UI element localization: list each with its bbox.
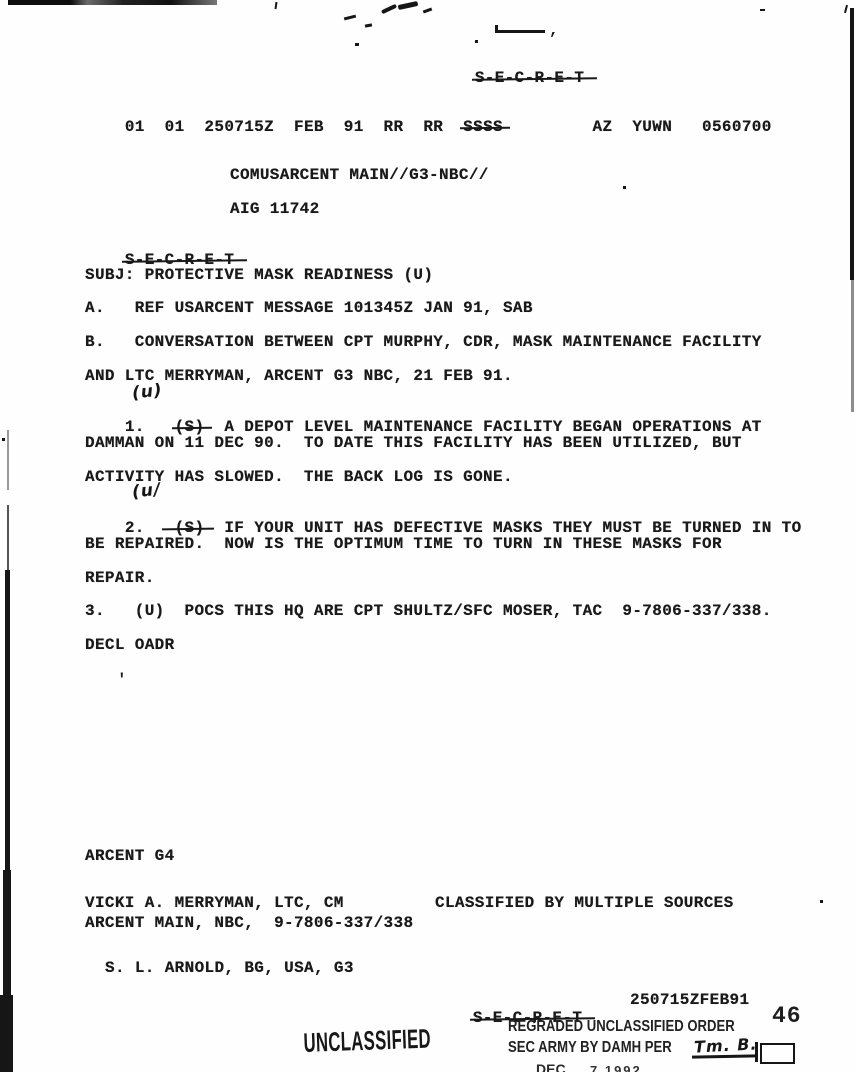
reference-a: A. REF USARCENT MESSAGE 101345Z JAN 91, … xyxy=(85,300,533,318)
scan-speck xyxy=(275,2,278,9)
scan-artifact-left-edge-1 xyxy=(7,430,9,490)
unclassified-stamp: UNCLASSIFIED xyxy=(303,1024,431,1059)
scan-artifact-left-edge-5 xyxy=(0,995,13,1072)
scan-speck xyxy=(760,9,765,11)
handwritten-signature: Tm. B. xyxy=(694,1034,758,1056)
classification-header-text: S-E-C-R-E-T xyxy=(475,70,584,88)
pen-scribble xyxy=(344,15,356,21)
scan-speck xyxy=(2,438,5,441)
routing-line: 01 01 250715Z FEB 91 RR RR SSSS AZ YUWN … xyxy=(85,101,772,154)
regraded-stamp-line-1: REGRADED UNCLASSIFIED ORDER xyxy=(508,1018,735,1036)
pen-scribble xyxy=(423,8,432,14)
reference-b-line-1: B. CONVERSATION BETWEEN CPT MURPHY, CDR,… xyxy=(85,334,762,352)
scan-artifact-top-bar xyxy=(8,0,217,5)
paragraph-1-number: 1. xyxy=(125,418,175,436)
scan-speck xyxy=(475,40,478,43)
comma-mark: , xyxy=(549,21,559,39)
scan-speck xyxy=(820,900,823,903)
scan-artifact-left-edge-2 xyxy=(7,505,9,575)
releaser-line: S. L. ARNOLD, BG, USA, G3 xyxy=(105,960,354,978)
paragraph-2-line-3: REPAIR. xyxy=(85,570,155,588)
subject-line: SUBJ: PROTECTIVE MASK READINESS (U) xyxy=(85,267,433,285)
routing-struck-sss: SSSS xyxy=(463,119,503,137)
paragraph-1-line-2: DAMMAN ON 11 DEC 90. TO DATE THIS FACILI… xyxy=(85,435,742,453)
paragraph-2-line-2: BE REPAIRED. NOW IS THE OPTIMUM TIME TO … xyxy=(85,536,722,554)
bracket-mark xyxy=(495,30,545,33)
checkbox-left-tick xyxy=(755,1042,758,1062)
pen-scribble xyxy=(381,4,397,14)
office-line: ARCENT G4 xyxy=(85,848,175,866)
signature-underline xyxy=(692,1054,757,1058)
document-page: , S-E-C-R-E-T 01 01 250715Z FEB 91 RR RR… xyxy=(0,0,856,1072)
pen-scribble xyxy=(398,1,419,10)
dtg-footer: 250715ZFEB91 xyxy=(630,992,749,1010)
date-stamp-month: DEC xyxy=(536,1061,566,1072)
addressee-line-1: COMUSARCENT MAIN//G3-NBC// xyxy=(230,167,489,185)
scan-artifact-right-edge-fade xyxy=(851,280,854,412)
classification-header: S-E-C-R-E-T xyxy=(435,52,584,105)
page-number: 46 xyxy=(772,1003,802,1029)
bracket-mark-hook xyxy=(495,25,498,33)
paragraph-1-text: A DEPOT LEVEL MAINTENANCE FACILITY BEGAN… xyxy=(204,418,761,436)
checkbox-mark xyxy=(760,1043,795,1064)
classified-by-line: CLASSIFIED BY MULTIPLE SOURCES xyxy=(435,895,734,913)
stray-apostrophe: ' xyxy=(117,671,127,689)
scan-speck xyxy=(844,5,848,13)
drafter-office: ARCENT MAIN, NBC, 9-7806-337/338 xyxy=(85,915,413,933)
scan-artifact-left-edge-4 xyxy=(3,870,11,1000)
routing-pre: 01 01 250715Z FEB 91 RR RR xyxy=(125,118,463,136)
handwritten-u-annotation-2: (u/ xyxy=(131,480,162,503)
scan-speck xyxy=(623,186,626,189)
pen-scribble xyxy=(365,23,372,27)
regraded-stamp-line-2: SEC ARMY BY DAMH PER xyxy=(508,1039,672,1057)
scan-artifact-left-edge-3 xyxy=(5,570,10,880)
routing-post: AZ YUWN 0560700 xyxy=(503,118,772,136)
addressee-line-2: AIG 11742 xyxy=(230,201,320,219)
scan-artifact-right-edge xyxy=(850,8,854,280)
paragraph-2-text: IF YOUR UNIT HAS DEFECTIVE MASKS THEY MU… xyxy=(204,519,801,537)
date-stamp-rest: 7 1992 xyxy=(590,1063,642,1072)
scan-speck xyxy=(355,43,359,46)
paragraph-3: 3. (U) POCS THIS HQ ARE CPT SHULTZ/SFC M… xyxy=(85,603,772,621)
drafter-name: VICKI A. MERRYMAN, LTC, CM xyxy=(85,895,344,913)
decl-line: DECL OADR xyxy=(85,637,175,655)
